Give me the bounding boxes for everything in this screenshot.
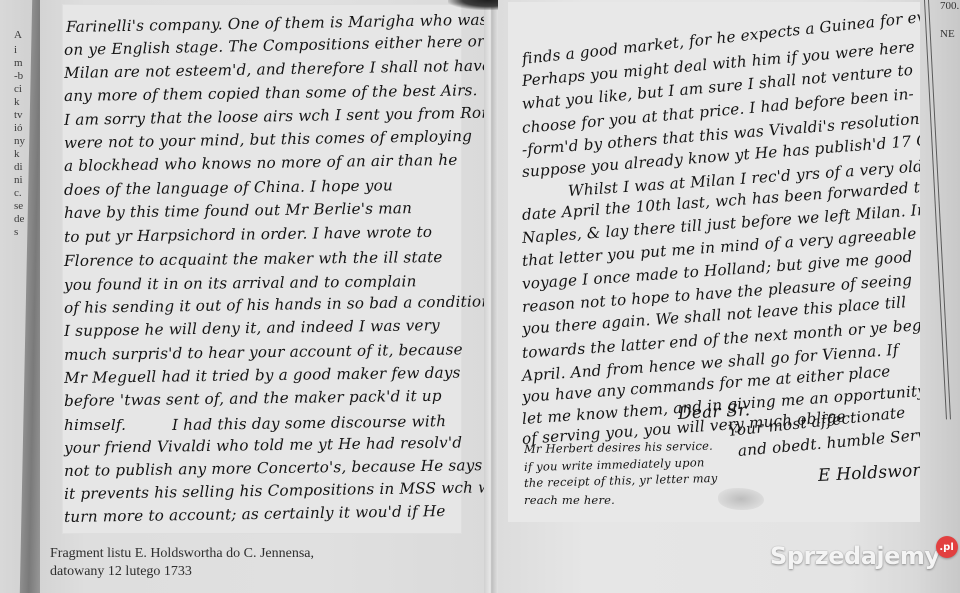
edge-text-fragment: k [14, 97, 20, 108]
handwritten-line: to put yr Harpsichord in order. I have w… [64, 223, 432, 246]
edge-text-fragment: s [14, 227, 18, 238]
letter-facsimile-left: Farinelli's company. One of them is Mari… [62, 4, 462, 534]
handwritten-line: does of the language of China. I hope yo… [64, 176, 393, 199]
handwritten-line: any more of them copied than some of the… [64, 81, 478, 105]
edge-text-fragment: 700. [940, 0, 959, 12]
edge-text-fragment: di [14, 162, 23, 173]
edge-text-fragment: i [14, 45, 17, 56]
right-page: finds a good market, for he expects a Gu… [498, 0, 934, 593]
edge-text-fragment: A [14, 30, 22, 41]
handwritten-line: it prevents his selling his Compositions… [64, 478, 507, 503]
page-edge-line [928, 0, 951, 419]
handwritten-line: before 'twas sent of, and the maker pack… [64, 387, 442, 410]
edge-text-fragment: ci [14, 84, 22, 95]
edge-text-fragment: c. [14, 188, 22, 199]
sprzedajemy-watermark: Sprzedajemy .pl [770, 542, 958, 570]
watermark-text: Sprzedajemy [770, 542, 940, 570]
ink-smudge [718, 488, 764, 510]
handwritten-line: were not to your mind, but this comes of… [64, 127, 472, 152]
handwritten-line: I suppose he will deny it, and indeed I … [64, 316, 440, 340]
underlying-page-edge-right: 700. NE [920, 0, 960, 593]
edge-text-fragment: ny [14, 136, 25, 147]
edge-text-fragment: se [14, 201, 23, 212]
watermark-badge: .pl [936, 536, 958, 558]
edge-text-fragment: de [14, 214, 24, 225]
edge-text-fragment: -b [14, 71, 23, 82]
handwritten-line: a blockhead who knows no more of an air … [64, 151, 458, 175]
handwritten-line: I am sorry that the loose airs wch I sen… [64, 103, 505, 129]
edge-text-fragment: m [14, 58, 23, 69]
handwritten-line: himself. [64, 416, 126, 434]
book-photo: A i m -b ci k tv ió ny k di ni c. se de … [0, 0, 960, 593]
handwritten-line: I had this day some discourse with [172, 412, 446, 434]
book-gutter [484, 0, 498, 593]
handwritten-line: of his sending it out of his hands in so… [64, 292, 497, 317]
handwritten-line: turn more to account; as certainly it wo… [64, 502, 446, 526]
handwritten-line: have by this time found out Mr Berlie's … [64, 199, 412, 222]
handwritten-line: much surpris'd to hear your account of i… [64, 340, 463, 364]
postscript-line: Mr Herbert desires his service. [524, 439, 713, 456]
edge-text-fragment: ni [14, 175, 23, 186]
left-page: Farinelli's company. One of them is Mari… [40, 0, 495, 593]
postscript-line: reach me here. [524, 493, 615, 507]
handwritten-line: on ye English stage. The Compositions ei… [64, 32, 505, 59]
caption-line-1: Fragment listu E. Holdswortha do C. Jenn… [50, 545, 314, 563]
edge-text-fragment: tv [14, 110, 23, 121]
handwritten-line: your friend Vivaldi who told me yt He ha… [64, 433, 462, 457]
figure-caption: Fragment listu E. Holdswortha do C. Jenn… [50, 545, 314, 581]
letter-facsimile-right: finds a good market, for he expects a Gu… [508, 2, 932, 522]
handwritten-line: Florence to acquaint the maker wth the i… [64, 248, 443, 270]
handwritten-line: Milan are not esteem'd, and therefore I … [64, 57, 491, 82]
page-edge-line [924, 0, 947, 419]
edge-text-fragment: ió [14, 123, 23, 134]
handwritten-line: you found it in on its arrival and to co… [64, 272, 417, 294]
handwritten-line: Mr Meguell had it tried by a good maker … [64, 363, 461, 387]
postscript-line: the receipt of this, yr letter may [524, 471, 718, 490]
handwritten-line: not to publish any more Concerto's, beca… [64, 456, 483, 480]
edge-text-fragment: k [14, 149, 20, 160]
caption-line-2: datowany 12 lutego 1733 [50, 563, 314, 581]
edge-text-fragment: NE [940, 28, 955, 40]
